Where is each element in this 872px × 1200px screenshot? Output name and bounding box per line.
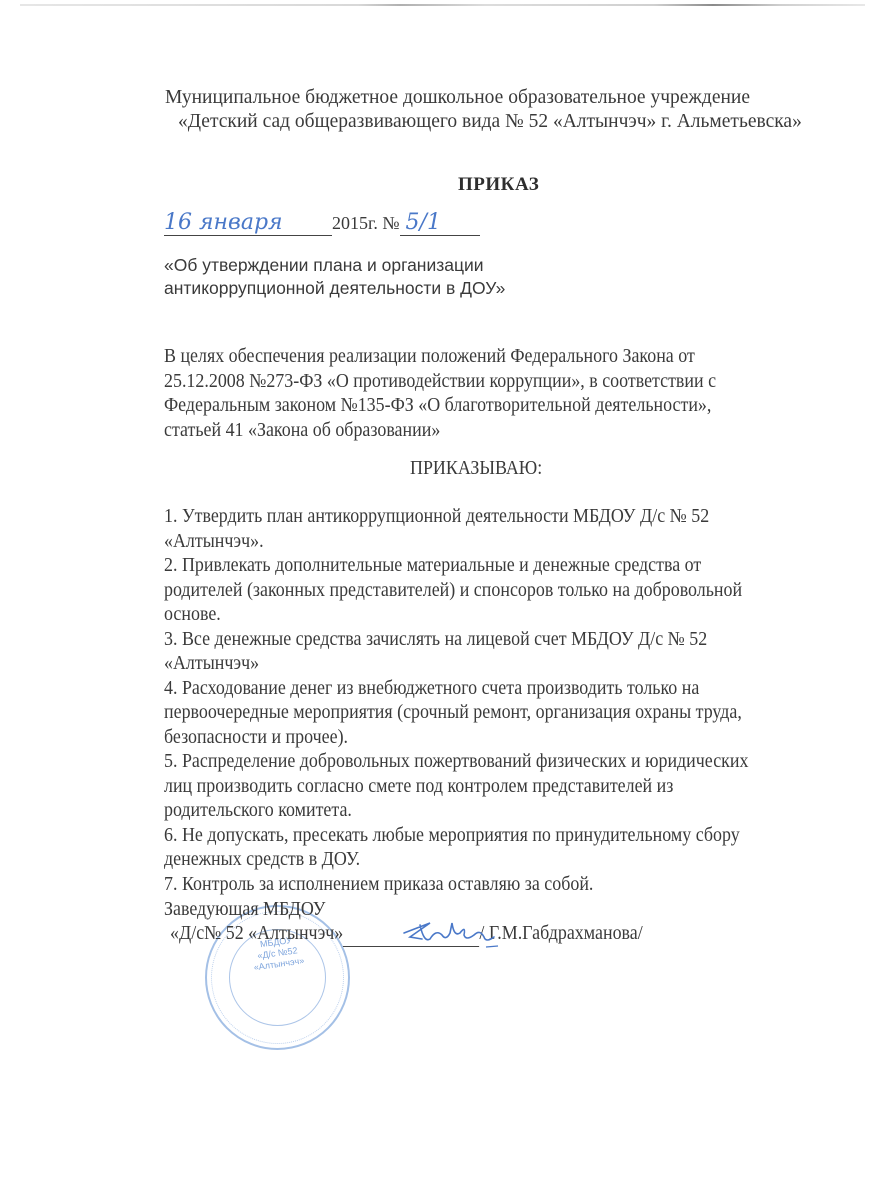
scan-edge xyxy=(20,4,865,6)
order-item-line: «Алтынчэч». xyxy=(164,530,748,555)
preamble-line: В целях обеспечения реализации положений… xyxy=(164,345,716,370)
date-field: 16 января xyxy=(164,210,332,236)
signatory-position: Заведующая МБДОУ xyxy=(164,898,326,923)
order-item-line: 1. Утвердить план антикоррупционной деят… xyxy=(164,505,748,530)
order-item-line: родителей (законных представителей) и сп… xyxy=(164,579,748,604)
preamble-line: статьей 41 «Закона об образовании» xyxy=(164,419,716,444)
handwritten-date: 16 января xyxy=(164,210,283,235)
subject-line-1: «Об утверждении плана и организации xyxy=(164,254,484,276)
order-item-line: 7. Контроль за исполнением приказа остав… xyxy=(164,873,748,898)
subject-line-2: антикоррупционной деятельности в ДОУ» xyxy=(164,277,505,299)
order-item-line: 3. Все денежные средства зачислять на ли… xyxy=(164,628,748,653)
handwritten-signature-icon xyxy=(400,915,510,955)
handwritten-number: 5/1 xyxy=(400,210,441,235)
order-item-line: 5. Распределение добровольных пожертвова… xyxy=(164,750,748,775)
order-item-line: основе. xyxy=(164,603,748,628)
order-items: 1. Утвердить план антикоррупционной деят… xyxy=(164,505,748,897)
document-title: ПРИКАЗ xyxy=(458,174,539,196)
order-heading: ПРИКАЗЫВАЮ: xyxy=(410,457,542,482)
number-field: 5/1 xyxy=(400,210,480,236)
date-line: 16 января 2015г. № 5/1 xyxy=(164,210,480,236)
order-item-line: безопасности и прочее). xyxy=(164,726,748,751)
order-item-line: первоочередные мероприятия (срочный ремо… xyxy=(164,701,748,726)
preamble-line: 25.12.2008 №273-ФЗ «О противодействии ко… xyxy=(164,370,716,395)
order-item-line: денежных средств в ДОУ. xyxy=(164,848,748,873)
order-item-line: 2. Привлекать дополнительные материальны… xyxy=(164,554,748,579)
signatory-org: «Д/с№ 52 «Алтынчэч» xyxy=(170,923,343,944)
org-header-line-1: Муниципальное бюджетное дошкольное образ… xyxy=(165,86,750,110)
order-item-line: «Алтынчэч» xyxy=(164,652,748,677)
order-item-line: 4. Расходование денег из внебюджетного с… xyxy=(164,677,748,702)
org-header-line-2: «Детский сад общеразвивающего вида № 52 … xyxy=(178,110,802,134)
preamble-line: Федеральным законом №135-ФЗ «О благотвор… xyxy=(164,394,716,419)
order-item-line: 6. Не допускать, пресекать любые меропри… xyxy=(164,824,748,849)
preamble: В целях обеспечения реализации положений… xyxy=(164,345,716,443)
order-item-line: лиц производить согласно смете под контр… xyxy=(164,775,748,800)
order-item-line: родительского комитета. xyxy=(164,799,748,824)
year-text: 2015г. № xyxy=(332,213,400,233)
